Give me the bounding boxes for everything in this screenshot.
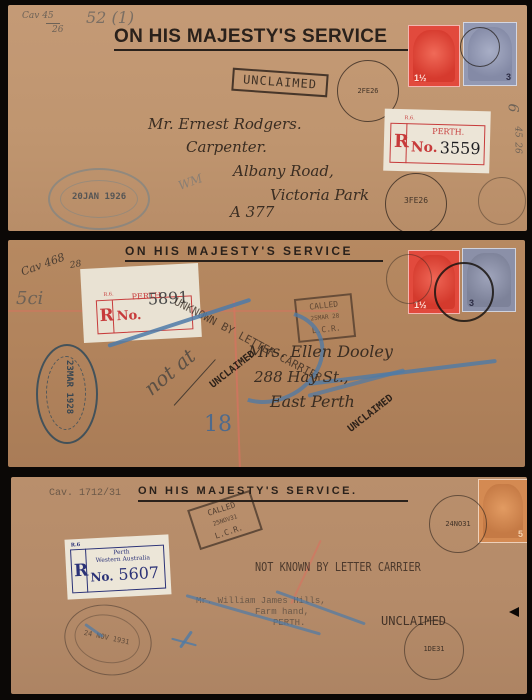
header-underline	[114, 49, 414, 51]
envelope-1928-dooley: Cav 468 28 5ci ON HIS MAJESTY'S SERVICE …	[8, 240, 525, 467]
envelope-1926-rodgers: Cav 45 26 52 (1) ON HIS MAJESTY'S SERVIC…	[8, 5, 527, 231]
address-line-3: East Perth	[270, 392, 355, 411]
oval-office-of-titles-stamp: 24 NOV 1931	[58, 597, 159, 684]
pencil-note-6: 6	[504, 104, 520, 113]
registration-label-3559: R.6. R PERTH. No. 3559	[383, 109, 491, 174]
postmark-on-stamp	[460, 27, 500, 67]
pencil-initials: WM	[176, 171, 204, 193]
oval-office-of-titles-stamp: 23MAR 1928	[36, 344, 98, 444]
postmark-faint	[386, 254, 432, 304]
address-line-3: Albany Road,	[233, 162, 334, 180]
postmark-on-stamps	[434, 262, 494, 322]
stamp-red-1-half-penny: 1½	[408, 25, 460, 87]
registration-label-5607: R.6 R Perth Western Australia No. 5607	[65, 534, 172, 599]
pencil-note-45: 45	[513, 126, 523, 137]
ohms-header: ON HIS MAJESTY'S SERVICE	[125, 244, 353, 258]
pencil-note-26: 26	[52, 25, 63, 35]
oval-office-stamp: 20JAN 1926	[48, 168, 150, 230]
postmark-perth: 24NO31	[429, 495, 487, 553]
envelope-1931-hills: Cav. 1712/31 ON HIS MAJESTY'S SERVICE. 5…	[11, 477, 527, 694]
called-lcr-box-stamp: CALLED 25NOV31 L.C.R.	[187, 490, 263, 550]
pencil-note-52: 52 (1)	[86, 8, 134, 27]
address-line-1: Mrs. Ellen Dooley	[248, 342, 393, 361]
postmark-faint-backstamp	[478, 177, 526, 225]
ohms-header: ON HIS MAJESTY'S SERVICE	[114, 26, 387, 48]
address-line-4: Victoria Park	[270, 186, 369, 204]
header-underline	[138, 500, 408, 502]
edge-tear-notch	[509, 607, 519, 617]
pencil-note-cav: Cav 45	[22, 11, 54, 21]
pencil-note-a377: A 377	[230, 203, 274, 221]
pencil-note-not-at: not at	[139, 344, 200, 400]
header-underline	[125, 260, 383, 262]
address-line-2: 288 Hay St.,	[254, 368, 349, 386]
postmark-dead-letter-office: 1DE31	[404, 620, 464, 680]
pencil-note-18: 18	[204, 412, 232, 437]
address-line-1: Mr. Ernest Rodgers.	[148, 115, 302, 133]
pencil-note-26b: 26	[513, 142, 523, 153]
unclaimed-box-stamp: UNCLAIMED	[231, 68, 328, 98]
postmark-dead-letter-office: 3FE26	[385, 173, 447, 231]
address-line-2: Carpenter.	[186, 138, 267, 156]
pencil-note-cav: Cav 468	[19, 251, 66, 279]
pencil-fraction-bar	[46, 23, 60, 24]
not-known-by-letter-carrier-stamp: NOT KNOWN BY LETTER CARRIER	[255, 560, 421, 574]
pencil-note-5ci: 5ci	[16, 288, 43, 309]
typed-reference: Cav. 1712/31	[49, 488, 121, 499]
